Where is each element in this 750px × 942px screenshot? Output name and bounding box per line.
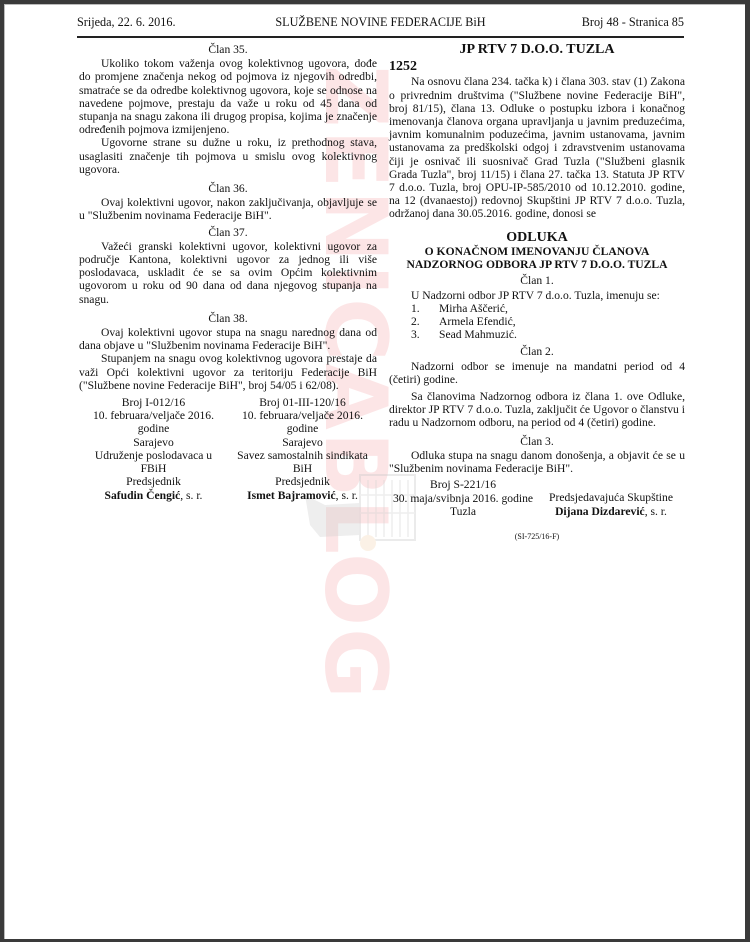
header-page-number: Broj 48 - Stranica 85 (582, 15, 684, 30)
signature-organization-line2: BiH (228, 462, 377, 475)
act-number: 1252 (389, 60, 685, 73)
decision-date: 30. maja/svibnja 2016. godine (389, 492, 537, 505)
member-name: Armela Efendić, (439, 315, 516, 328)
reference-code: (SI-725/16-F) (389, 530, 685, 543)
clan-2-paragraph-1: Nadzorni odbor se imenuje na mandatni pe… (389, 360, 685, 386)
member-number: 1. (411, 302, 439, 315)
left-column: Član 35. Ukoliko tokom važenja ovog kole… (79, 43, 377, 502)
decision-subtitle-1: O KONAČNOM IMENOVANJU ČLANOVA (389, 245, 685, 258)
signature-number: Broj I-012/16 (79, 396, 228, 409)
member-name: Sead Mahmuzić. (439, 328, 517, 341)
decision-place: Tuzla (389, 505, 537, 518)
signature-organization: Udruženje poslodavaca u (79, 449, 228, 462)
clan-3-title: Član 3. (389, 435, 685, 448)
signature-name: Ismet Bajramović (247, 489, 336, 502)
article-38-paragraph-2: Stupanjem na snagu ovog kolektivnog ugov… (79, 352, 377, 392)
signature-year-word: godine (79, 422, 228, 435)
article-35-paragraph-2: Ugovorne strane su dužne u roku, iz pret… (79, 136, 377, 176)
clan-2-title: Član 2. (389, 345, 685, 358)
section-title: JP RTV 7 D.O.O. TUZLA (389, 43, 685, 56)
article-38-title: Član 38. (79, 312, 377, 325)
signature-role: Predsjednik (79, 475, 228, 488)
clan-1-title: Član 1. (389, 274, 685, 287)
preamble: Na osnovu člana 234. tačka k) i člana 30… (389, 75, 685, 220)
decision-signer-line: Dijana Dizdarević, s. r. (537, 505, 685, 518)
decision-signer-role: Predsjedavajuća Skupštine (537, 491, 685, 504)
signature-role: Predsjednik (228, 475, 377, 488)
signature-date: 10. februara/veljače 2016. (228, 409, 377, 422)
decision-number: Broj S-221/16 (389, 478, 537, 491)
signature-number: Broj 01-III-120/16 (228, 396, 377, 409)
clan-3-paragraph: Odluka stupa na snagu danom donošenja, a… (389, 449, 685, 475)
decision-signer-name: Dijana Dizdarević (555, 505, 645, 518)
member-list-item: 3.Sead Mahmuzić. (389, 328, 685, 341)
decision-signature-block: Broj S-221/16 30. maja/svibnja 2016. god… (389, 478, 685, 518)
article-36-title: Član 36. (79, 182, 377, 195)
signature-left: Broj I-012/16 10. februara/veljače 2016.… (79, 396, 228, 502)
decision-signature-right: Predsjedavajuća Skupštine Dijana Dizdare… (537, 478, 685, 518)
signature-suffix: , s. r. (180, 489, 202, 502)
article-35-paragraph-1: Ukoliko tokom važenja ovog kolektivnog u… (79, 57, 377, 136)
right-column: JP RTV 7 D.O.O. TUZLA 1252 Na osnovu čla… (389, 43, 685, 543)
document-page: ZENICABLOG Srijeda, 22. 6. 2016. SLUŽBEN… (4, 4, 745, 939)
signature-suffix: , s. r. (336, 489, 358, 502)
member-number: 3. (411, 328, 439, 341)
member-list-item: 2.Armela Efendić, (389, 315, 685, 328)
signature-name-line: Safudin Čengić, s. r. (79, 489, 228, 502)
member-list: 1.Mirha Aščerić,2.Armela Efendić,3.Sead … (389, 302, 685, 342)
signature-right: Broj 01-III-120/16 10. februara/veljače … (228, 396, 377, 502)
clan-2-paragraph-2: Sa članovima Nadzornog odbora iz člana 1… (389, 390, 685, 430)
decision-title: ODLUKA (389, 231, 685, 245)
decision-signer-suffix: , s. r. (645, 505, 667, 518)
page-header: Srijeda, 22. 6. 2016. SLUŽBENE NOVINE FE… (77, 14, 684, 38)
signature-place: Sarajevo (228, 436, 377, 449)
decision-signature-left: Broj S-221/16 30. maja/svibnja 2016. god… (389, 478, 537, 518)
clan-1-intro: U Nadzorni odbor JP RTV 7 d.o.o. Tuzla, … (389, 289, 685, 302)
article-35-title: Član 35. (79, 43, 377, 56)
signatures-block: Broj I-012/16 10. februara/veljače 2016.… (79, 396, 377, 502)
member-name: Mirha Aščerić, (439, 302, 508, 315)
article-37-paragraph-1: Važeći granski kolektivni ugovor, kolekt… (79, 240, 377, 306)
signature-name-line: Ismet Bajramović, s. r. (228, 489, 377, 502)
signature-place: Sarajevo (79, 436, 228, 449)
signature-date: 10. februara/veljače 2016. (79, 409, 228, 422)
signature-organization: Savez samostalnih sindikata (228, 449, 377, 462)
decision-subtitle-2: NADZORNOG ODBORA JP RTV 7 D.O.O. TUZLA (389, 258, 685, 271)
signature-name: Safudin Čengić (105, 489, 181, 502)
article-36-paragraph-1: Ovaj kolektivni ugovor, nakon zaključiva… (79, 196, 377, 222)
member-list-item: 1.Mirha Aščerić, (389, 302, 685, 315)
signature-organization-line2: FBiH (79, 462, 228, 475)
signature-year-word: godine (228, 422, 377, 435)
article-37-title: Član 37. (79, 226, 377, 239)
article-38-paragraph-1: Ovaj kolektivni ugovor stupa na snagu na… (79, 326, 377, 352)
member-number: 2. (411, 315, 439, 328)
